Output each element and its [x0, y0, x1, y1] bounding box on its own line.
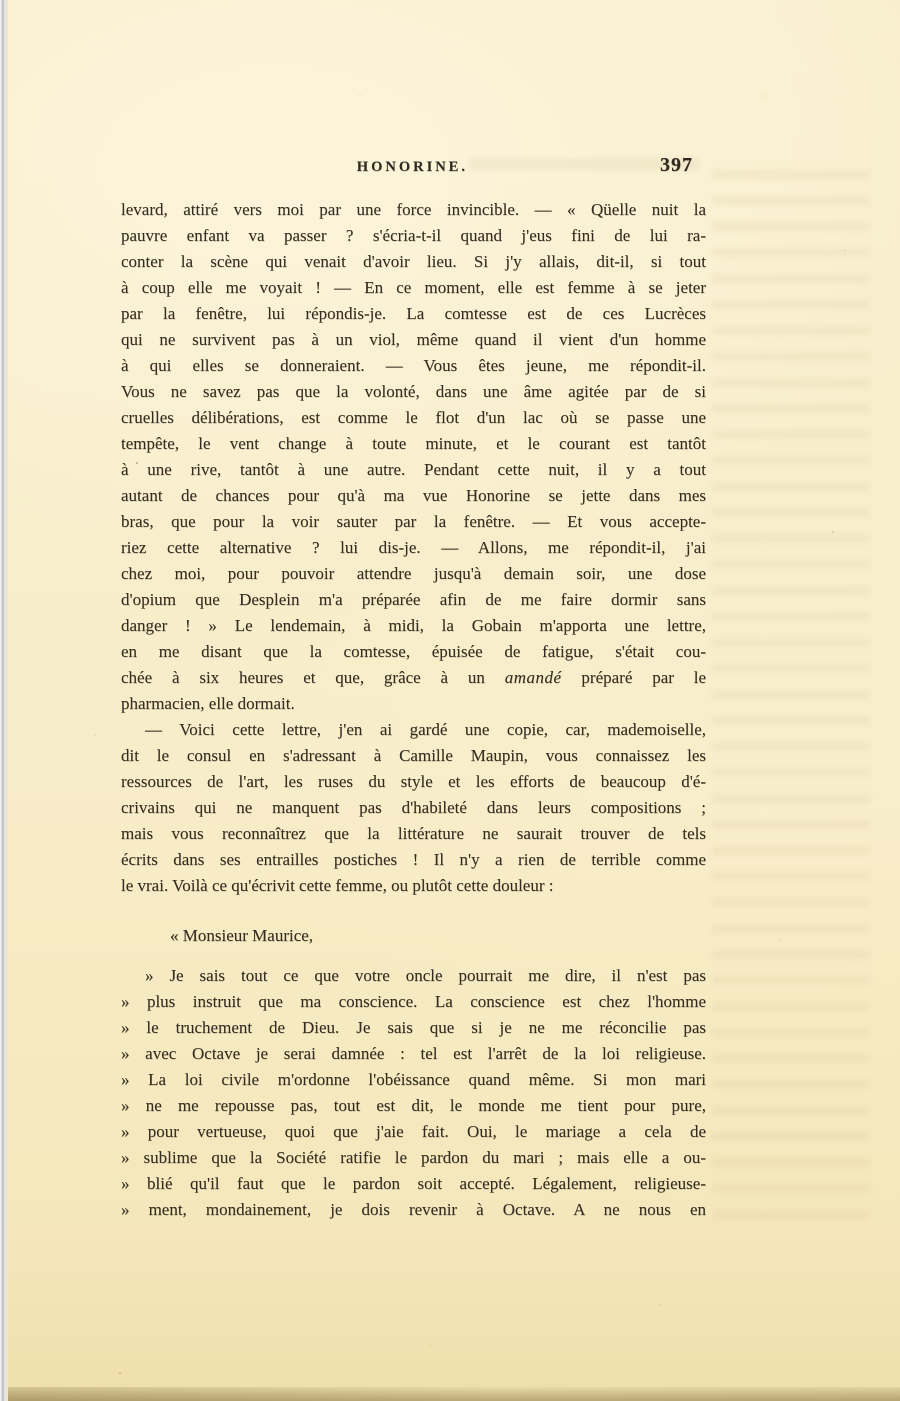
text-line: » ment, mondainement, je dois revenir à … — [121, 1197, 706, 1223]
page-bottom-edge — [0, 1387, 900, 1401]
text-line: levard, attiré vers moi par une force in… — [121, 197, 706, 223]
text-line: pauvre enfant va passer ? s'écria-t-il q… — [121, 223, 706, 249]
page-number: 397 — [660, 154, 693, 177]
text-line: à coup elle me voyait ! — En ce moment, … — [121, 275, 706, 301]
text-line: » Je sais tout ce que votre oncle pourra… — [121, 963, 706, 989]
text-line: » pour vertueuse, quoi que j'aie fait. O… — [121, 1119, 706, 1145]
text-line: conter la scène qui venait d'avoir lieu.… — [121, 249, 706, 275]
narrative-paragraph-2: — Voici cette lettre, j'en ai gardé une … — [121, 717, 706, 899]
text-line: « Monsieur Maurice, — [170, 923, 706, 949]
narrative-paragraph-1: levard, attiré vers moi par une force in… — [121, 197, 706, 717]
text-line: par la fenêtre, lui répondis-je. La comt… — [121, 301, 706, 327]
text-line: » ne me repousse pas, tout est dit, le m… — [121, 1093, 706, 1119]
text-line: tempête, le vent change à toute minute, … — [121, 431, 706, 457]
text-line: » le truchement de Dieu. Je sais que si … — [121, 1015, 706, 1041]
text-line: pharmacien, elle dormait. — [121, 691, 706, 717]
text-line: chez moi, pour pouvoir attendre jusqu'à … — [121, 561, 706, 587]
text-line: qui ne survivent pas à un viol, même qua… — [121, 327, 706, 353]
text-line: Vous ne savez pas que la volonté, dans u… — [121, 379, 706, 405]
text-line: à une rive, tantôt à une autre. Pendant … — [121, 457, 706, 483]
text-line: danger ! » Le lendemain, à midi, la Goba… — [121, 613, 706, 639]
text-line: crivains qui ne manquent pas d'habileté … — [121, 795, 706, 821]
text-line: à qui elles se donneraient. — Vous êtes … — [121, 353, 706, 379]
text-line: d'opium que Desplein m'a préparée afin d… — [121, 587, 706, 613]
letter-body: » Je sais tout ce que votre oncle pourra… — [121, 963, 706, 1223]
scanned-book-page: HONORINE. 397 levard, attiré vers moi pa… — [0, 0, 900, 1401]
page-left-edge — [0, 0, 8, 1401]
text-line: le vrai. Voilà ce qu'écrivit cette femme… — [121, 873, 706, 899]
text-line: » La loi civile m'ordonne l'obéissance q… — [121, 1067, 706, 1093]
text-line: » sublime que la Société ratifie le pard… — [121, 1145, 706, 1171]
text-line: dit le consul en s'adressant à Camille M… — [121, 743, 706, 769]
text-line: en me disant que la comtesse, épuisée de… — [121, 639, 706, 665]
running-title: HONORINE. — [357, 159, 468, 176]
text-line: » avec Octave je serai damnée : tel est … — [121, 1041, 706, 1067]
page-text-block: levard, attiré vers moi par une force in… — [121, 197, 706, 1223]
text-line: bras, que pour la voir sauter par la fen… — [121, 509, 706, 535]
text-line: » plus instruit que ma conscience. La co… — [121, 989, 706, 1015]
running-header: HONORINE. 397 — [121, 156, 706, 182]
text-line: écrits dans ses entrailles postiches ! I… — [121, 847, 706, 873]
text-line: » blié qu'il faut que le pardon soit acc… — [121, 1171, 706, 1197]
text-line: autant de chances pour qu'à ma vue Honor… — [121, 483, 706, 509]
letter-salutation: « Monsieur Maurice, — [121, 923, 706, 949]
text-line: cruelles délibérations, est comme le flo… — [121, 405, 706, 431]
text-line: — Voici cette lettre, j'en ai gardé une … — [121, 717, 706, 743]
text-line: riez cette alternative ? lui dis-je. — A… — [121, 535, 706, 561]
text-line: ressources de l'art, les ruses du style … — [121, 769, 706, 795]
text-line: mais vous reconnaîtrez que la littératur… — [121, 821, 706, 847]
text-line: chée à six heures et que, grâce à un ama… — [121, 665, 706, 691]
